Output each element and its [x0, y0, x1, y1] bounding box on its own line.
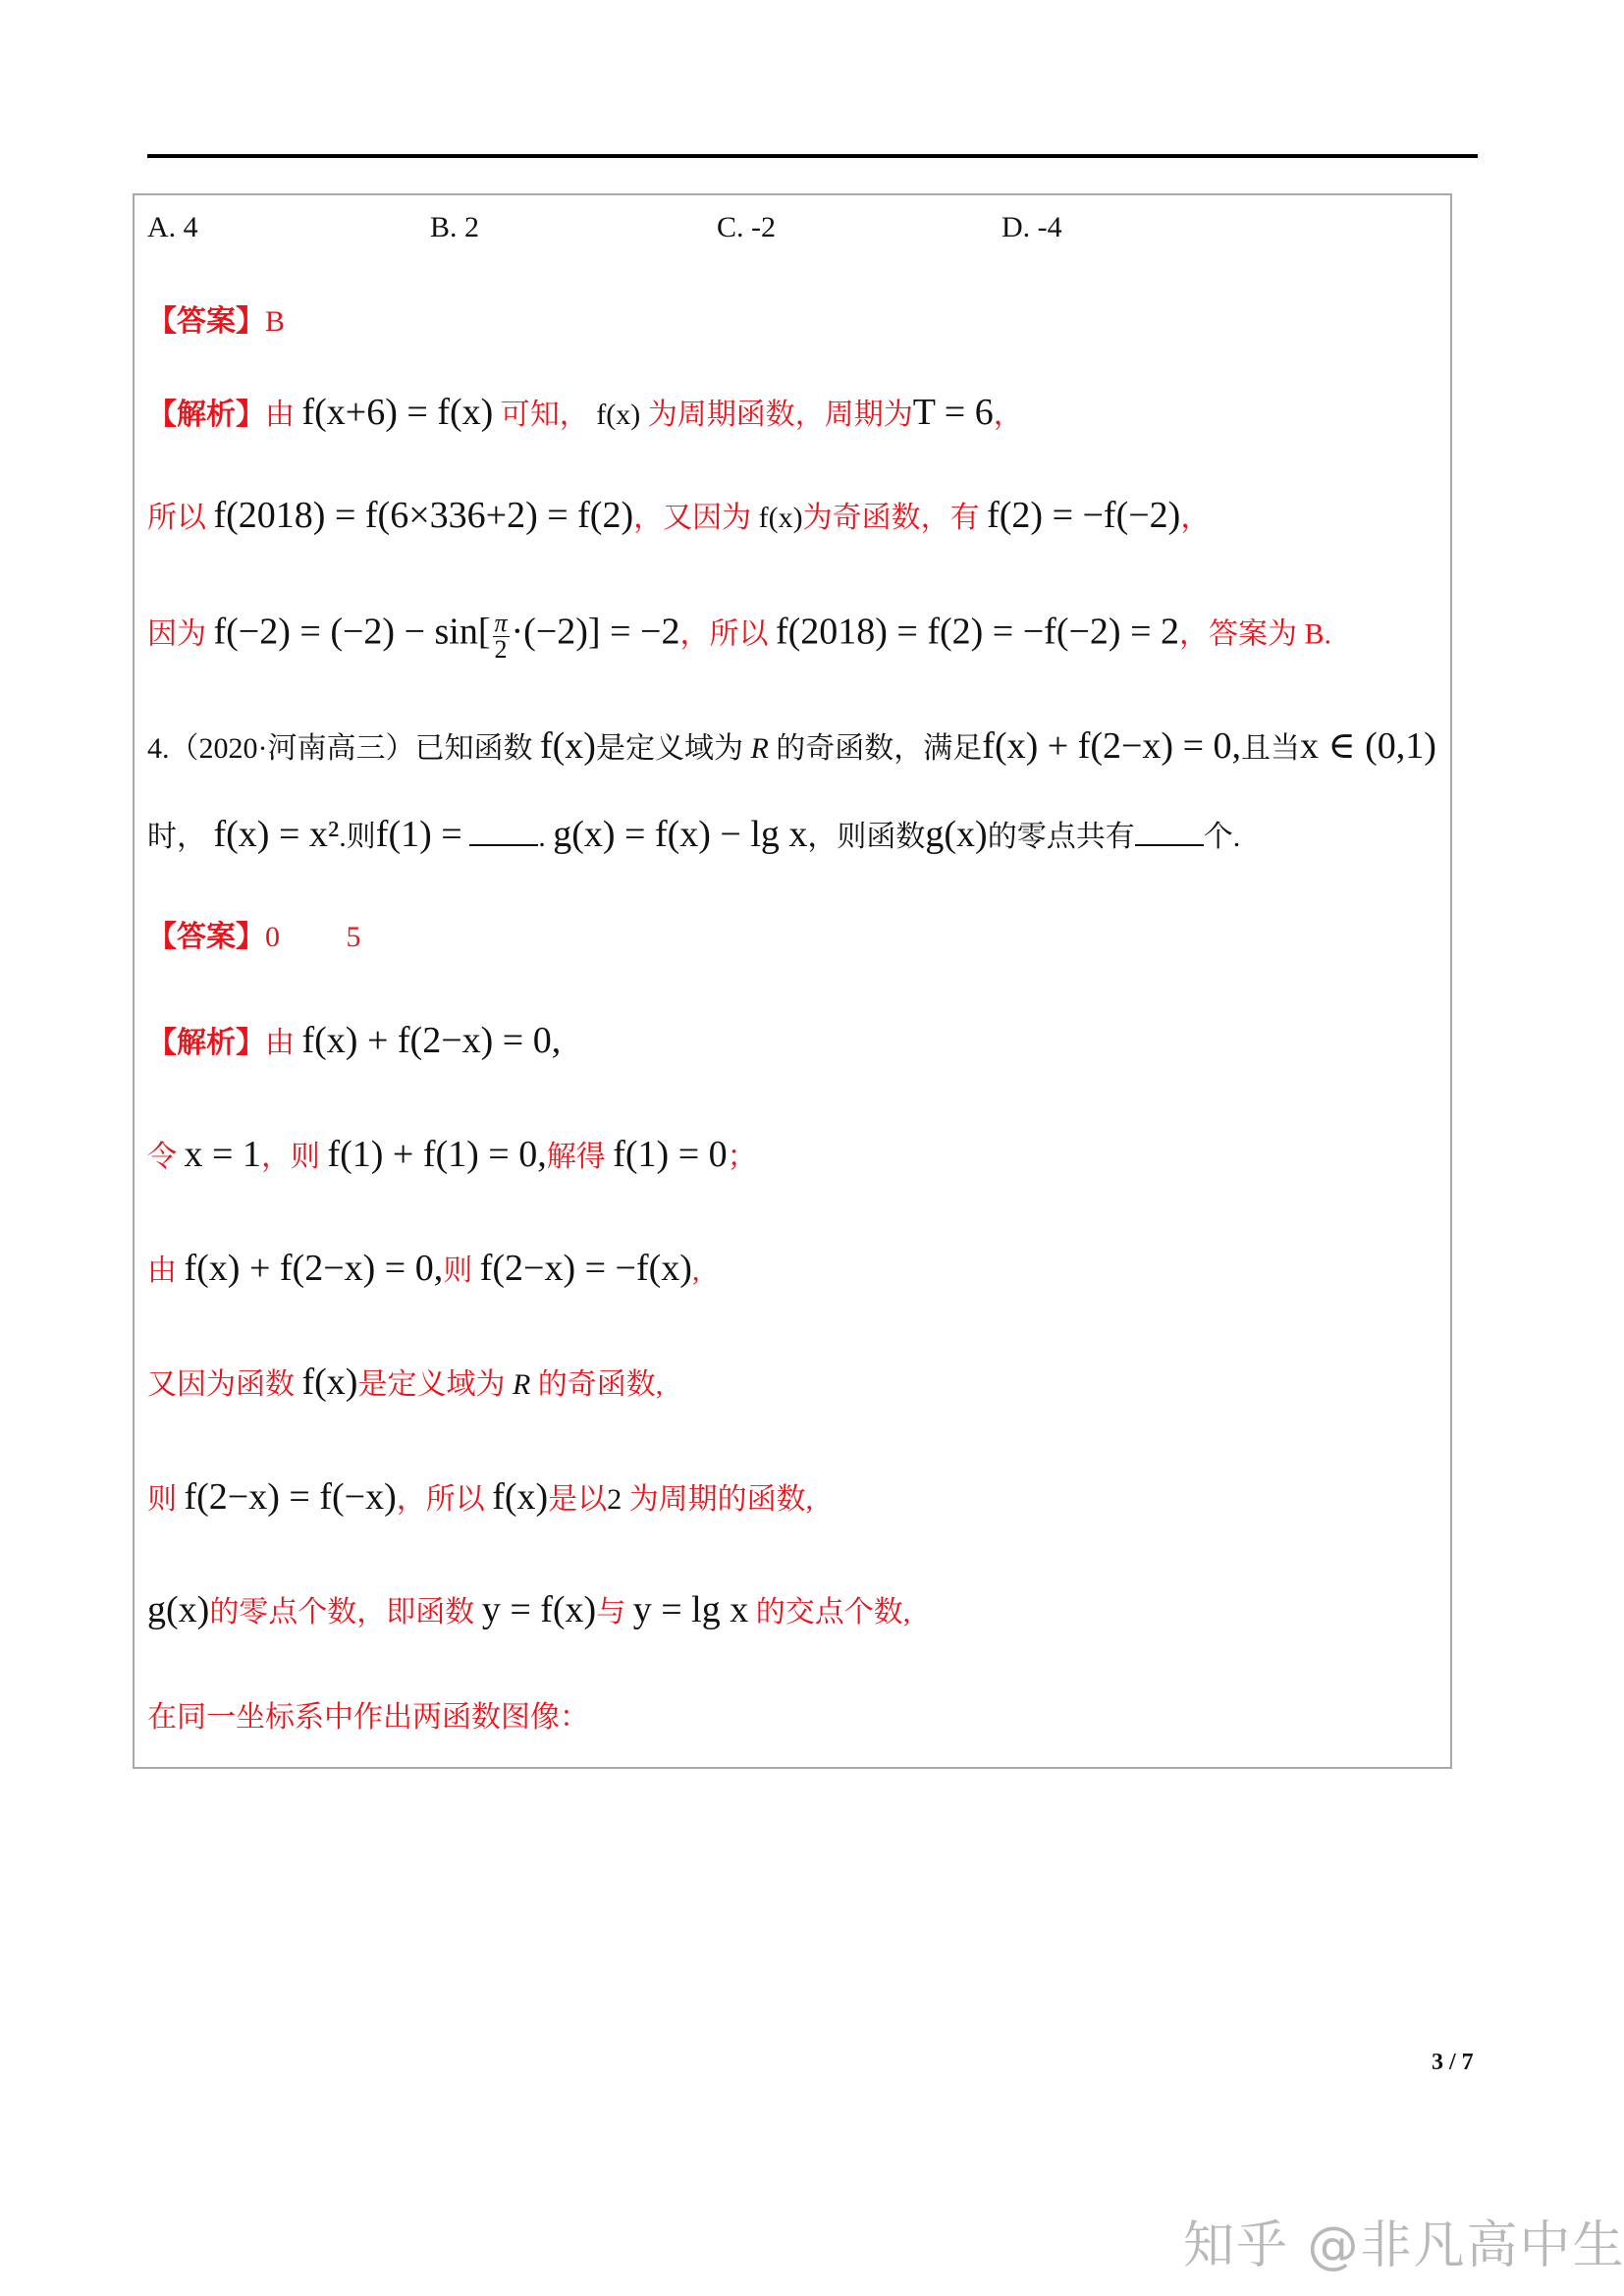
- q3-analysis-line-3: 因为 f(−2) = (−2) − sin[π2·(−2)] = −2，所以 f…: [147, 611, 1331, 663]
- q4-stem-line-2: 时， f(x) = x².则f(1) = . g(x) = f(x) − lg …: [147, 815, 1240, 857]
- watermark: 知乎 @非凡高中生: [1183, 2204, 1624, 2277]
- q4-analysis-line-2: 令 x = 1，则 f(1) + f(1) = 0,解得 f(1) = 0；: [147, 1135, 757, 1177]
- q4-answer: 【答案】0 5: [147, 918, 361, 957]
- answer-blank-1: [469, 817, 538, 846]
- answer-tag: 【答案】: [147, 921, 265, 953]
- answer-blank-2: [1135, 817, 1204, 846]
- q4-stem-line-1: 4.（2020·河南高三）已知函数 f(x)是定义域为 R 的奇函数，满足f(x…: [147, 726, 1436, 769]
- q4-analysis-line-6: g(x)的零点个数，即函数 y = f(x)与 y = lg x 的交点个数,: [147, 1590, 910, 1632]
- analysis-tag: 【解析】: [147, 1027, 265, 1059]
- option-d: D. -4: [1001, 208, 1062, 247]
- q4-analysis-line-3: 由 f(x) + f(2−x) = 0,则 f(2−x) = −f(x),: [147, 1249, 699, 1291]
- option-a: A. 4: [147, 208, 198, 247]
- option-b: B. 2: [430, 208, 479, 247]
- page-number: 3 / 7: [1432, 2050, 1474, 2076]
- q4-analysis-line-4: 又因为函数 f(x)是定义域为 R 的奇函数,: [147, 1362, 663, 1405]
- q4-analysis-line-5: 则 f(2−x) = f(−x)，所以 f(x)是以2 为周期的函数,: [147, 1477, 813, 1520]
- q3-analysis-line-1: 【解析】由 f(x+6) = f(x) 可知， f(x) 为周期函数，周期为T …: [147, 393, 1023, 435]
- answer-tag: 【答案】: [147, 305, 265, 338]
- analysis-tag: 【解析】: [147, 399, 265, 431]
- q4-analysis-line-7: 在同一坐标系中作出两函数图像：: [147, 1698, 589, 1737]
- pi-over-2-fraction: π2: [493, 611, 510, 663]
- header-rule: [147, 154, 1478, 158]
- q3-analysis-line-2: 所以 f(2018) = f(6×336+2) = f(2)，又因为 f(x)为…: [147, 496, 1210, 538]
- options-row: A. 4 B. 2 C. -2 D. -4: [147, 208, 1129, 247]
- option-c: C. -2: [717, 208, 776, 247]
- q4-analysis-line-1: 【解析】由 f(x) + f(2−x) = 0,: [147, 1021, 561, 1063]
- q3-answer: 【答案】B: [147, 302, 285, 342]
